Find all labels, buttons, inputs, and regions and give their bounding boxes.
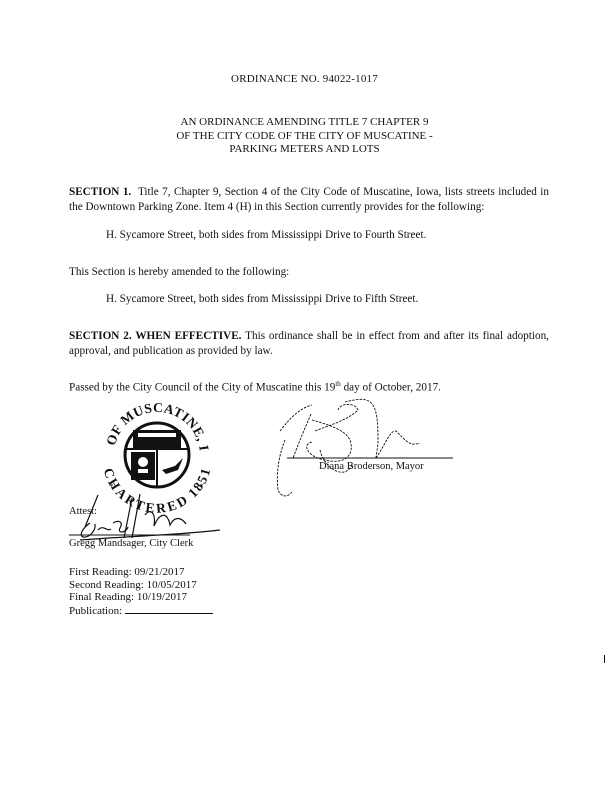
readings-list: First Reading: 09/21/2017 Second Reading…: [69, 566, 213, 617]
reading-final: Final Reading: 10/19/2017: [69, 591, 213, 604]
margin-mark: [604, 655, 605, 663]
reading-publication: Publication:: [69, 604, 213, 618]
clerk-signature-icon: [0, 0, 609, 800]
publication-blank: [125, 604, 213, 614]
reading-second: Second Reading: 10/05/2017: [69, 579, 213, 592]
reading-first: First Reading: 09/21/2017: [69, 566, 213, 579]
clerk-name: Gregg Mandsager, City Clerk: [69, 538, 193, 549]
